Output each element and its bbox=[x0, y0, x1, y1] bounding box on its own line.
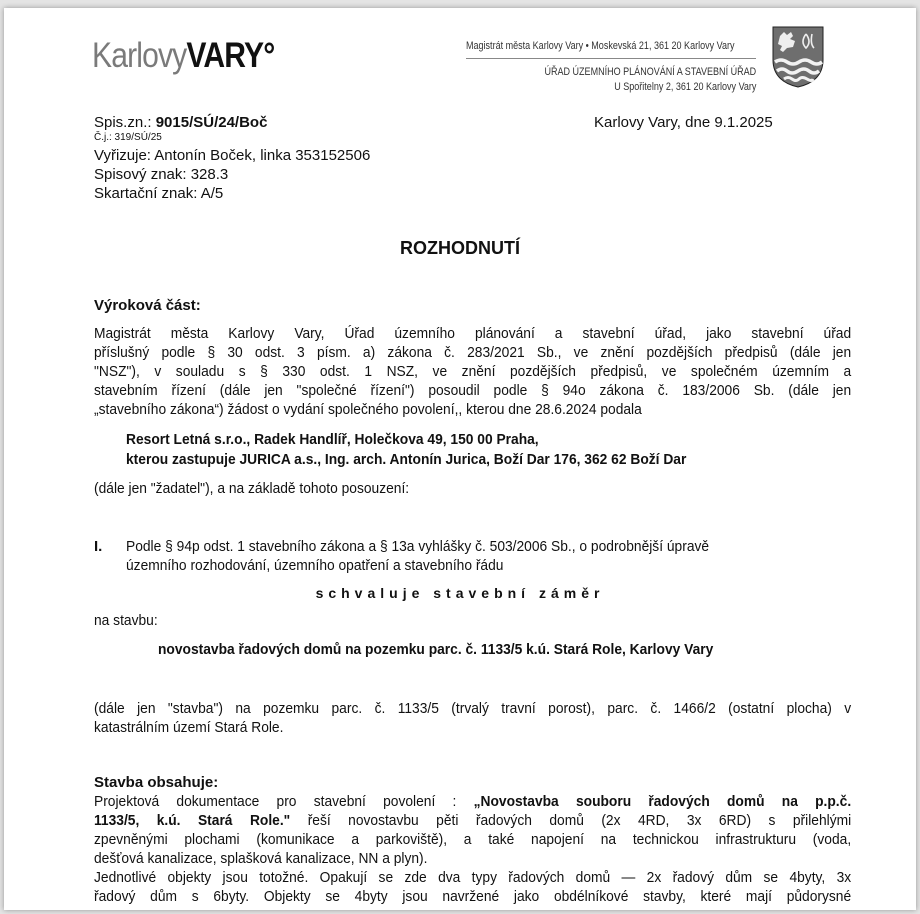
building-line: (dále jen "stavba") na pozemku parc. č. … bbox=[94, 699, 851, 718]
building-contents-paragraph: Projektová dokumentace pro stavební povo… bbox=[94, 792, 851, 906]
file-number-label: Spis.zn.: bbox=[94, 114, 156, 131]
project-name: novostavba řadových domů na pozemku parc… bbox=[4, 641, 916, 658]
point-line-2: územního rozhodování, územního opatření … bbox=[126, 557, 503, 574]
operative-part-heading: Výroková část: bbox=[94, 297, 201, 314]
objects-line: Jednotlivé objekty jsou totožné. Opakují… bbox=[94, 868, 851, 887]
logo-text-dark: VARY° bbox=[186, 36, 274, 75]
department-name: ÚŘAD ÚZEMNÍHO PLÁNOVÁNÍ A STAVEBNÍ ÚŘAD bbox=[544, 66, 756, 78]
karlovy-vary-logo: KarlovyVARY° bbox=[92, 36, 274, 76]
document-page: KarlovyVARY° Magistrát města Karlovy Var… bbox=[4, 8, 916, 910]
for-building-label: na stavbu: bbox=[94, 612, 158, 629]
contents-line: dešťová kanalizace, splašková kanalizace… bbox=[94, 849, 851, 868]
contents-text: Projektová dokumentace pro stavební povo… bbox=[94, 793, 474, 810]
intro-paragraph: Magistrát města Karlovy Vary, Úřad územn… bbox=[94, 324, 851, 419]
point-line-1: Podle § 94p odst. 1 stavebního zákona a … bbox=[126, 538, 709, 555]
document-date: Karlovy Vary, dne 9.1.2025 bbox=[594, 114, 773, 131]
objects-line: řadový dům s 6byty. Objekty se 4byty jso… bbox=[94, 887, 851, 906]
contents-line: 1133/5, k.ú. Stará Role." řeší novostavb… bbox=[94, 811, 851, 830]
intro-line: stavebním řízení (dále jen "společné říz… bbox=[94, 381, 851, 400]
point-number: I. bbox=[94, 538, 102, 555]
handled-by: Vyřizuje: Antonín Boček, linka 353152506 bbox=[94, 147, 370, 164]
intro-line: Magistrát města Karlovy Vary, Úřad územn… bbox=[94, 324, 851, 343]
document-title: ROZHODNUTÍ bbox=[4, 238, 916, 259]
contents-line: zpevněnými plochami (komunikace a parkov… bbox=[94, 830, 851, 849]
building-definition: (dále jen "stavba") na pozemku parc. č. … bbox=[94, 699, 851, 737]
file-number-value: 9015/SÚ/24/Boč bbox=[156, 114, 268, 131]
intro-line: příslušný podle § 30 odst. 3 písm. a) zá… bbox=[94, 343, 851, 362]
file-code: Spisový znak: 328.3 bbox=[94, 166, 228, 183]
intro-line: "NSZ"), v souladu s § 330 odst. 1 NSZ, v… bbox=[94, 362, 851, 381]
intro-line: „stavebního zákona“) žádost o vydání spo… bbox=[94, 400, 851, 419]
reference-number: Č.j.: 319/SÚ/25 bbox=[94, 132, 162, 143]
shredding-code: Skartační znak: A/5 bbox=[94, 185, 223, 202]
logo-text-light: Karlovy bbox=[92, 36, 186, 75]
project-name-text: novostavba řadových domů na pozemku parc… bbox=[158, 641, 713, 658]
applicant-line-1: Resort Letná s.r.o., Radek Handlíř, Hole… bbox=[126, 431, 539, 448]
department-address: U Spořitelny 2, 361 20 Karlovy Vary bbox=[614, 81, 756, 93]
contents-line: Projektová dokumentace pro stavební povo… bbox=[94, 792, 851, 811]
file-number: Spis.zn.: 9015/SÚ/24/Boč bbox=[94, 114, 267, 131]
project-title-bold: „Novostavba souboru řadových domů na p.p… bbox=[474, 793, 852, 810]
applicant-line-2: kterou zastupuje JURICA a.s., Ing. arch.… bbox=[126, 451, 686, 468]
contents-text: řeší novostavbu pěti řadových domů (2x 4… bbox=[290, 812, 851, 829]
building-contents-heading: Stavba obsahuje: bbox=[94, 774, 218, 791]
building-line: katastrálním území Stará Role. bbox=[94, 718, 851, 737]
office-address: Magistrát města Karlovy Vary • Moskevská… bbox=[466, 40, 735, 52]
header-divider bbox=[466, 58, 756, 59]
applicant-definition: (dále jen "žadatel"), a na základě tohot… bbox=[94, 480, 409, 497]
coat-of-arms-icon bbox=[772, 26, 824, 88]
project-title-bold: 1133/5, k.ú. Stará Role." bbox=[94, 812, 290, 829]
approval-statement: schvaluje stavební záměr bbox=[4, 585, 916, 601]
